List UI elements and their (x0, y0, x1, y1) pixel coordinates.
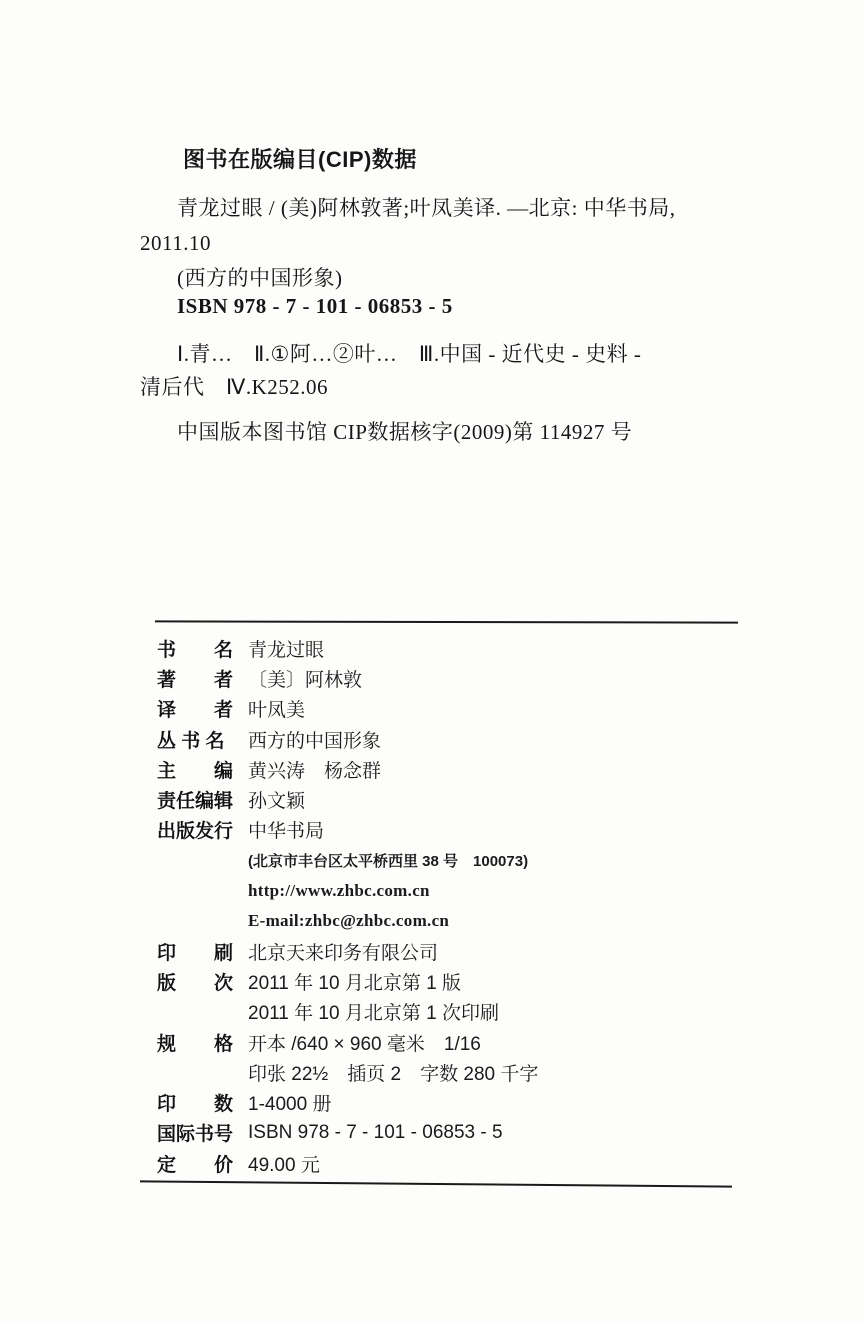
row-label: 主 编 (157, 756, 235, 783)
cip-year-line: 2011.10 (140, 231, 211, 256)
colophon-row-publisher: 出版发行 中华书局 (157, 815, 757, 845)
book-copyright-page: 图书在版编目(CIP)数据 青龙过眼 / (美)阿林敦著;叶凤美译. —北京: … (0, 0, 865, 1323)
row-label: 规 格 (157, 1029, 235, 1056)
row-value: 北京天来印务有限公司 (248, 938, 438, 965)
row-value: 2011 年 10 月北京第 1 版 (248, 968, 461, 995)
row-label: 书 名 (157, 635, 235, 662)
divider-line-bottom (140, 1180, 732, 1187)
cip-title-line: 青龙过眼 / (美)阿林敦著;叶凤美译. —北京: 中华书局, (177, 192, 676, 222)
row-value: 黄兴涛 杨念群 (248, 756, 381, 783)
colophon-row-chief-editors: 主 编 黄兴涛 杨念群 (157, 754, 757, 784)
row-value: 中华书局 (248, 816, 324, 843)
cip-header: 图书在版编目(CIP)数据 (183, 143, 417, 174)
row-value: 〔美〕阿林敦 (248, 665, 362, 692)
cip-classification-line-1: Ⅰ.青… Ⅱ.①阿…②叶… Ⅲ.中国 - 近代史 - 史料 - (177, 338, 641, 368)
row-value: http://www.zhbc.com.cn (248, 881, 430, 901)
colophon-row-publisher-website: http://www.zhbc.com.cn (157, 875, 757, 905)
cip-registration-line: 中国版本图书馆 CIP数据核字(2009)第 114927 号 (177, 416, 632, 446)
row-value: 孙文颖 (248, 786, 305, 813)
colophon-row-book-title: 书 名 青龙过眼 (157, 633, 757, 663)
row-label: 印 数 (157, 1089, 235, 1116)
colophon-row-series-title: 丛 书 名 西方的中国形象 (157, 724, 757, 754)
colophon-row-edition: 版 次 2011 年 10 月北京第 1 版 (157, 966, 757, 996)
row-value: ISBN 978 - 7 - 101 - 06853 - 5 (248, 1122, 503, 1144)
colophon-row-publisher-email: E-mail:zhbc@zhbc.com.cn (157, 906, 757, 936)
row-label: 定 价 (157, 1150, 235, 1177)
colophon-row-isbn: 国际书号 ISBN 978 - 7 - 101 - 06853 - 5 (157, 1118, 757, 1148)
colophon-row-printing: 2011 年 10 月北京第 1 次印刷 (157, 997, 757, 1027)
row-label: 国际书号 (157, 1119, 235, 1146)
row-label: 丛 书 名 (157, 726, 235, 753)
row-value: E-mail:zhbc@zhbc.com.cn (248, 911, 449, 931)
row-value: 开本 /640 × 960 毫米 1/16 (248, 1029, 481, 1056)
colophon-row-print-run: 印 数 1-4000 册 (157, 1087, 757, 1117)
colophon-row-responsible-editor: 责任编辑 孙文颖 (157, 784, 757, 814)
row-value: 叶凤美 (248, 695, 305, 722)
colophon-row-printer: 印 刷 北京天来印务有限公司 (157, 936, 757, 966)
row-value: 1-4000 册 (248, 1089, 331, 1116)
row-value: (北京市丰台区太平桥西里 38 号 100073) (248, 850, 528, 871)
colophon-row-translator: 译 者 叶凤美 (157, 694, 757, 724)
row-label: 印 刷 (157, 938, 235, 965)
row-label: 责任编辑 (157, 786, 235, 813)
cip-isbn-line: ISBN 978 - 7 - 101 - 06853 - 5 (177, 294, 453, 319)
row-value: 西方的中国形象 (248, 726, 381, 753)
row-value: 2011 年 10 月北京第 1 次印刷 (248, 998, 499, 1025)
row-label: 译 者 (157, 695, 235, 722)
colophon-row-publisher-address: (北京市丰台区太平桥西里 38 号 100073) (157, 845, 757, 875)
colophon-row-author: 著 者 〔美〕阿林敦 (157, 663, 757, 693)
colophon-table: 书 名 青龙过眼 著 者 〔美〕阿林敦 译 者 叶凤美 丛 书 名 西方的中国形… (157, 633, 757, 1178)
colophon-row-format: 规 格 开本 /640 × 960 毫米 1/16 (157, 1027, 757, 1057)
cip-series-line: (西方的中国形象) (177, 262, 343, 292)
row-value: 青龙过眼 (248, 635, 324, 662)
row-value: 49.00 元 (248, 1150, 320, 1177)
colophon-row-sheets-wordcount: 印张 22½ 插页 2 字数 280 千字 (157, 1057, 757, 1087)
divider-line-top (155, 620, 738, 623)
row-label: 版 次 (157, 968, 235, 995)
colophon-row-price: 定 价 49.00 元 (157, 1148, 757, 1178)
cip-classification-line-2: 清后代 Ⅳ.K252.06 (140, 371, 328, 401)
row-value: 印张 22½ 插页 2 字数 280 千字 (248, 1059, 538, 1086)
row-label: 著 者 (157, 665, 235, 692)
row-label: 出版发行 (157, 816, 235, 843)
